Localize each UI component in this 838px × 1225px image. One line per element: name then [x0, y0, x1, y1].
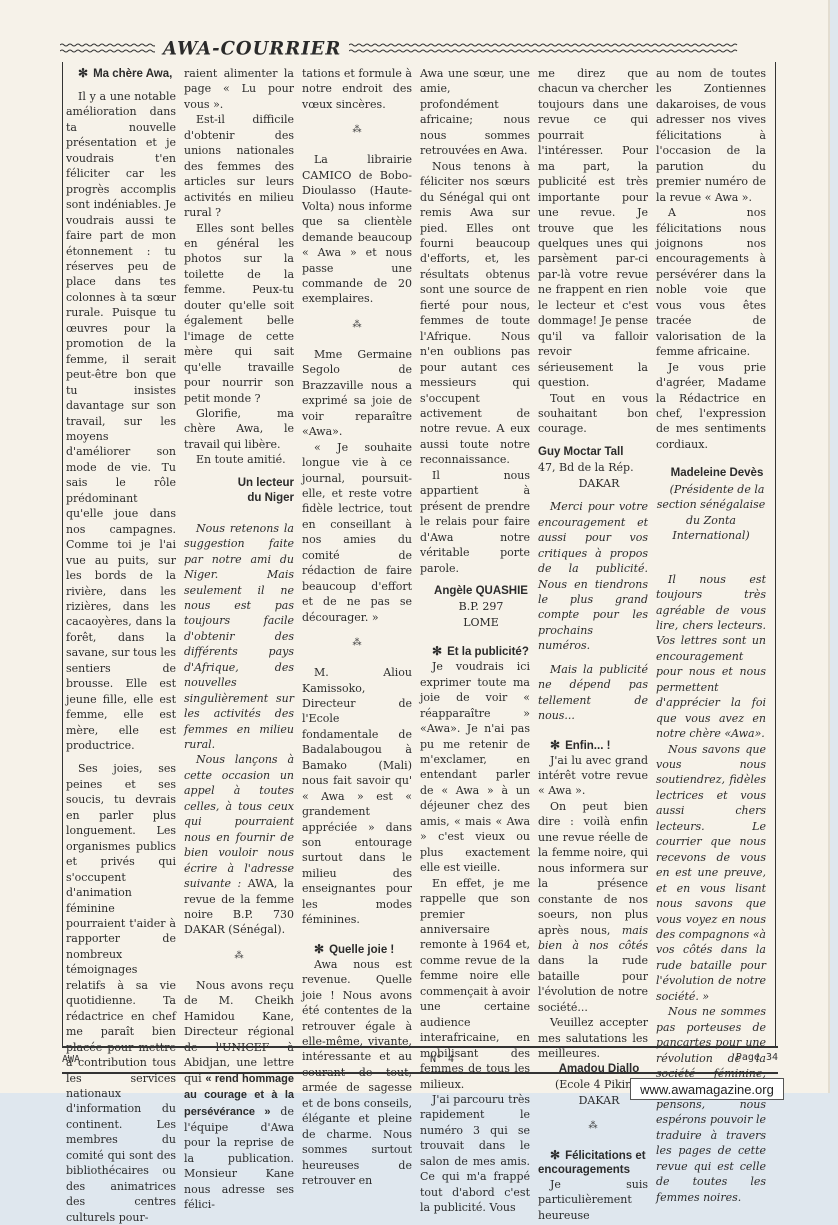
column-4: Awa une sœur, une amie, profondément afr…	[420, 66, 530, 1041]
signature: Guy Moctar Tall	[538, 445, 648, 460]
editor-reply: Il nous est toujours très agréable de vo…	[656, 572, 766, 742]
signature: Un lecteur	[184, 476, 294, 491]
asterism-separator: ⁂	[302, 639, 412, 647]
column-3: tations et formule à notre endroit des v…	[302, 66, 412, 1041]
asterism-icon: ✻	[432, 644, 442, 658]
signature-address: B.P. 297	[420, 599, 530, 614]
wavy-rule-right	[349, 42, 757, 54]
letter-paragraph: Il y a une notable amélioration dans ta …	[66, 89, 176, 753]
asterism-icon: ✻	[550, 738, 560, 752]
column-6: au nom de toutes les Zontiennes dakarois…	[656, 66, 766, 1041]
letter-heading: ✻Ma chère Awa,	[66, 66, 176, 81]
footer-issue-number: N° 4	[430, 1054, 454, 1065]
letter-paragraph: Je vous prie d'agréer, Madame la Rédactr…	[656, 360, 766, 453]
signature: du Niger	[184, 491, 294, 506]
letter-paragraph: me direz que chacun va chercher toujours…	[538, 66, 648, 391]
magazine-page: AWA-COURRIER ✻Ma chère Awa, Il y a une n…	[0, 0, 830, 1093]
letter-paragraph: Mme Germaine Segolo de Brazzaville nous …	[302, 347, 412, 440]
letter-paragraph: Elles sont belles en général les photos …	[184, 221, 294, 406]
letter-paragraph: Ses joies, ses peines et ses soucis, tu …	[66, 761, 176, 1100]
asterism-icon: ✻	[314, 942, 324, 956]
asterism-icon: ✻	[78, 66, 88, 80]
letter-paragraph: Tout en vous souhaitant bon courage.	[538, 391, 648, 437]
wavy-rule-left	[60, 42, 155, 54]
letter-paragraph: tations et formule à notre endroit des v…	[302, 66, 412, 112]
letter-paragraph: M. Aliou Kamissoko, Directeur de l'Ecole…	[302, 665, 412, 928]
website-watermark: www.awamagazine.org	[630, 1078, 784, 1100]
page-title: AWA-COURRIER	[155, 37, 349, 59]
frame-rule-left	[62, 62, 63, 1047]
editor-reply: Mais la publicité ne dépend pas tellemen…	[538, 662, 648, 724]
frame-rule-right	[775, 62, 776, 1047]
letter-paragraph: A nos félicitations nous joignons nos en…	[656, 205, 766, 360]
letter-paragraph: « Je souhaite longue vie à ce journal, p…	[302, 440, 412, 625]
footer-rule-bottom	[62, 1072, 778, 1074]
letter-heading: ✻Et la publicité?	[420, 644, 530, 659]
letters-columns: ✻Ma chère Awa, Il y a une notable amélio…	[66, 66, 772, 1041]
letter-paragraph: En toute amitié.	[184, 452, 294, 467]
signature-city: DAKAR	[538, 476, 648, 491]
column-5: me direz que chacun va chercher toujours…	[538, 66, 648, 1041]
letter-heading: ✻Quelle joie !	[302, 942, 412, 957]
letter-paragraph: raient alimenter la page « Lu pour vous …	[184, 66, 294, 112]
letter-heading: ✻Enfin... !	[538, 738, 648, 753]
editor-reply: Nous lançons à cette occasion un appel à…	[184, 752, 294, 937]
letter-paragraph: Nous tenons à féliciter nos sœurs du Sén…	[420, 159, 530, 468]
page-footer: AWA N° 4 Page 34	[62, 1052, 778, 1068]
footer-magazine-name: AWA	[62, 1054, 80, 1065]
letter-paragraph: J'ai parcouru très rapidement le numéro …	[420, 1092, 530, 1100]
footer-rule-top	[62, 1046, 778, 1048]
section-header: AWA-COURRIER	[60, 37, 772, 59]
letter-paragraph: Glorifie, ma chère Awa, le travail qui l…	[184, 406, 294, 452]
signature: Angèle QUASHIE	[420, 584, 530, 599]
letter-paragraph: La librairie CAMICO de Bobo-Dioulasso (H…	[302, 152, 412, 307]
signature-address: 47, Bd de la Rép.	[538, 460, 648, 475]
letter-paragraph: Awa une sœur, une amie, profondément afr…	[420, 66, 530, 159]
letter-paragraph: au nom de toutes les Zontiennes dakarois…	[656, 66, 766, 205]
signature-city: LOME	[420, 615, 530, 630]
letter-paragraph: Il nous appartient à présent de prendre …	[420, 468, 530, 576]
letter-paragraph: Awa nous est revenue. Quelle joie ! Nous…	[302, 957, 412, 1100]
signature-title: (Présidente de la section sénégalaise du…	[656, 482, 766, 544]
editor-reply: Merci pour votre encouragement et aussi …	[538, 499, 648, 654]
asterism-separator: ⁂	[184, 952, 294, 960]
letter-paragraph: Est-il difficile d'obtenir des unions na…	[184, 112, 294, 220]
asterism-separator: ⁂	[302, 126, 412, 134]
letter-paragraph: Nous avons reçu de M. Cheikh Hamidou Kan…	[184, 978, 294, 1100]
letter-paragraph: On peut bien dire : voilà enfin une revu…	[538, 799, 648, 1015]
editor-reply: Nous savons que vous nous soutiendrez, f…	[656, 742, 766, 1005]
footer-page-number: Page 34	[736, 1052, 778, 1063]
column-2: raient alimenter la page « Lu pour vous …	[184, 66, 294, 1041]
letter-paragraph: J'ai lu avec grand intérêt votre revue «…	[538, 753, 648, 799]
asterism-separator: ⁂	[302, 321, 412, 329]
column-1: ✻Ma chère Awa, Il y a une notable amélio…	[66, 66, 176, 1041]
letter-paragraph: Je voudrais ici exprimer toute ma joie d…	[420, 659, 530, 875]
signature: Madeleine Devès	[656, 466, 766, 481]
editor-reply: Nous retenons la suggestion faite par no…	[184, 521, 294, 753]
